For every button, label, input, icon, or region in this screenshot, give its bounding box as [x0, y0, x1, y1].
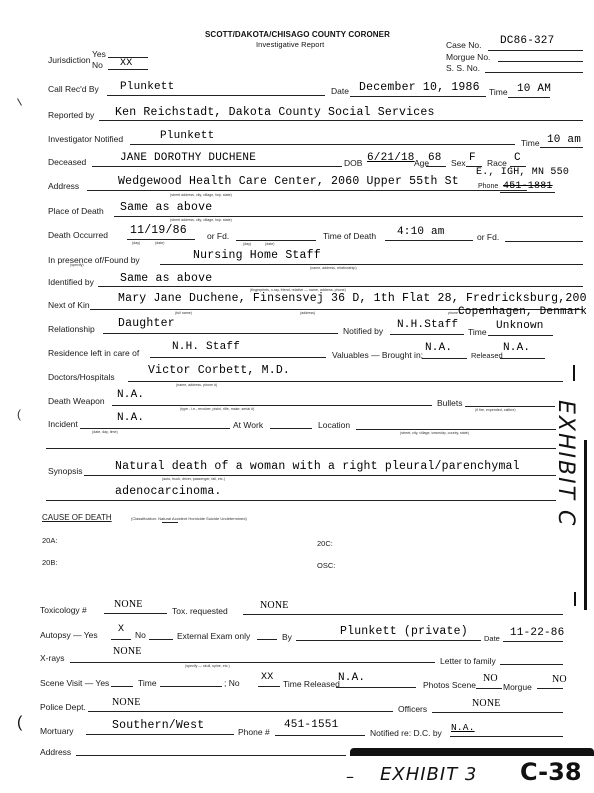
- photos-scene-label: Photos Scene: [423, 680, 476, 690]
- scene-visit-label: Scene Visit — Yes: [40, 678, 109, 688]
- place-of-death-value[interactable]: Same as above: [120, 201, 212, 214]
- photos-scene-value[interactable]: NO: [483, 673, 498, 684]
- incident-label: Incident: [48, 419, 78, 429]
- deceased-label: Deceased: [48, 157, 86, 167]
- call-date-label: Date: [331, 86, 349, 96]
- jurisdiction-no-label: No: [92, 60, 103, 70]
- scene-no-label: ; No: [224, 678, 240, 688]
- sex-label: Sex: [451, 158, 466, 168]
- time-released-label: Time Released: [283, 679, 340, 689]
- classification-caption: (Classification: Natural Accident Homici…: [131, 516, 247, 521]
- valuables-label: Valuables — Brought in;: [332, 350, 423, 360]
- identified-by-value[interactable]: Same as above: [120, 272, 212, 285]
- found-by-value[interactable]: Nursing Home Staff: [193, 249, 321, 262]
- notified-by-label: Notified by: [343, 326, 383, 336]
- address-phone-value[interactable]: 451-1881: [503, 181, 553, 192]
- dob-label: DOB: [344, 158, 362, 168]
- autopsy-by-value[interactable]: Plunkett (private): [340, 625, 468, 638]
- exhibit-bottom-annotation: EXHIBIT 3: [380, 764, 477, 785]
- bullets-caption: (if fire, expended, calibre): [475, 408, 516, 412]
- scene-time-label: Time: [138, 678, 157, 688]
- relationship-label: Relationship: [48, 324, 95, 334]
- tox-requested-label: Tox. requested: [172, 606, 228, 616]
- death-occurred-label: Death Occurred: [48, 230, 108, 240]
- notified-by-value[interactable]: N.H.Staff: [397, 319, 458, 331]
- notified-dc-value[interactable]: N.A.: [451, 722, 475, 733]
- officers-value[interactable]: NONE: [472, 698, 501, 709]
- synopsis-line1[interactable]: Natural death of a woman with a right pl…: [115, 460, 520, 473]
- dash-mark: –: [346, 767, 354, 786]
- doctors-label: Doctors/Hospitals: [48, 372, 115, 382]
- doctors-caption: (name, address, phone #): [176, 383, 217, 387]
- autopsy-date-value[interactable]: 11-22-86: [510, 627, 564, 639]
- scene-no-value[interactable]: XX: [261, 672, 273, 683]
- dob-value[interactable]: 6/21/18: [367, 152, 415, 164]
- photos-morgue-label: Morgue: [503, 682, 532, 692]
- notified-dc-label: Notified re: D.C. by: [370, 728, 442, 738]
- cause-20b-label: 20B:: [42, 558, 57, 567]
- report-title: SCOTT/DAKOTA/CHISAGO COUNTY CORONER: [205, 30, 390, 39]
- released-label: Released: [471, 351, 503, 360]
- mortuary-phone-label: Phone #: [238, 727, 270, 737]
- found-by-specify-caption: (specify): [70, 263, 84, 267]
- address-value[interactable]: Wedgewood Health Care Center, 2060 Upper…: [118, 175, 459, 188]
- found-by-label: In presence of/Found by: [48, 255, 140, 265]
- identified-by-label: Identified by: [48, 277, 94, 287]
- mortuary-value[interactable]: Southern/West: [112, 719, 204, 732]
- released-value[interactable]: N.A.: [503, 342, 530, 354]
- or-fd-label: or Fd.: [207, 231, 229, 241]
- police-dept-value[interactable]: NONE: [112, 697, 141, 708]
- next-of-kin-value-cont[interactable]: Copenhagen, Denmark: [458, 306, 587, 318]
- race-value[interactable]: C: [514, 152, 521, 164]
- autopsy-label: Autopsy — Yes: [40, 630, 98, 640]
- next-of-kin-value[interactable]: Mary Jane Duchene, Finsensvej 36 D, 1th …: [118, 292, 587, 305]
- synopsis-line2[interactable]: adenocarcinoma.: [115, 485, 222, 498]
- investigator-value[interactable]: Plunkett: [160, 130, 214, 142]
- location-caption: (street, city, village, township, county…: [400, 431, 469, 435]
- margin-mark: [17, 98, 22, 105]
- autopsy-by-label: By: [282, 632, 292, 642]
- place-of-death-label: Place of Death: [48, 206, 104, 216]
- mortuary-phone-value[interactable]: 451-1551: [284, 719, 338, 731]
- death-occurred-value[interactable]: 11/19/86: [130, 224, 187, 237]
- time-of-death-label: Time of Death: [323, 231, 376, 241]
- call-time-value[interactable]: 10 AM: [517, 83, 551, 95]
- reported-by-label: Reported by: [48, 110, 94, 120]
- xrays-caption: (specify — skull, spine, etc.): [185, 664, 230, 668]
- reported-by-value[interactable]: Ken Reichstadt, Dakota County Social Ser…: [115, 106, 435, 119]
- jurisdiction-label: Jurisdiction: [48, 55, 91, 65]
- investigator-time-label: Time: [521, 138, 540, 148]
- bullets-label: Bullets: [437, 398, 463, 408]
- margin-mark: (: [17, 407, 21, 421]
- toxicology-value[interactable]: NONE: [114, 599, 143, 610]
- xrays-label: X-rays: [40, 653, 65, 663]
- residence-label: Residence left in care of: [48, 348, 139, 358]
- synopsis-label: Synopsis: [48, 466, 83, 476]
- kin-name-caption: (full name): [175, 311, 192, 315]
- investigator-time-value[interactable]: 10 am: [547, 134, 581, 146]
- mortuary-label: Mortuary: [40, 726, 74, 736]
- call-received-label: Call Rec'd By: [48, 84, 99, 94]
- address-phone-label: Phone: [478, 183, 498, 190]
- police-dept-label: Police Dept.: [40, 702, 86, 712]
- call-date-value[interactable]: December 10, 1986: [359, 81, 480, 94]
- address-label: Address: [48, 181, 79, 191]
- jurisdiction-yes-label: Yes: [92, 49, 106, 59]
- letter-to-family-label: Letter to family: [440, 656, 496, 666]
- external-exam-label: External Exam only: [177, 631, 250, 641]
- photos-morgue-value[interactable]: NO: [552, 674, 567, 685]
- exhibit-side-annotation: EXHIBIT C: [553, 400, 578, 527]
- doctors-value[interactable]: Victor Corbett, M.D.: [148, 364, 290, 377]
- case-no-label: Case No.: [446, 40, 481, 50]
- valuables-value[interactable]: N.A.: [425, 342, 452, 354]
- relationship-time-label: Time: [468, 327, 487, 337]
- location-label: Location: [318, 420, 350, 430]
- time-of-death-value[interactable]: 4:10 am: [397, 226, 445, 238]
- autopsy-date-label: Date: [484, 634, 500, 643]
- death-day-caption: (day): [132, 241, 140, 245]
- case-no-value[interactable]: DC86-327: [500, 35, 554, 47]
- toxicology-label: Toxicology #: [40, 605, 87, 615]
- call-time-label: Time: [489, 87, 508, 97]
- tox-requested-value[interactable]: NONE: [260, 600, 289, 611]
- margin-mark: (: [17, 714, 22, 732]
- cause-osc-label: OSC:: [317, 561, 335, 570]
- officers-label: Officers: [398, 704, 427, 714]
- deceased-name[interactable]: JANE DOROTHY DUCHENE: [120, 152, 256, 164]
- address-caption: (street address, city, village, twp. sta…: [170, 193, 232, 197]
- next-of-kin-label: Next of Kin: [48, 300, 90, 310]
- report-subtitle: Investigative Report: [256, 40, 324, 49]
- autopsy-yes-value[interactable]: X: [118, 624, 124, 635]
- age-value[interactable]: 68: [428, 152, 442, 164]
- residence-value[interactable]: N.H. Staff: [172, 341, 240, 353]
- autopsy-no-label: No: [135, 630, 146, 640]
- death-weapon-value[interactable]: N.A.: [117, 389, 144, 401]
- cause-20a-label: 20A:: [42, 536, 57, 545]
- fd-date-caption: (date): [265, 242, 274, 246]
- death-weapon-label: Death Weapon: [48, 396, 105, 406]
- or-fd2-label: or Fd.: [477, 232, 499, 242]
- sex-value[interactable]: F: [469, 152, 476, 164]
- address-value-cont[interactable]: E., IGH, MN 550: [476, 167, 569, 178]
- fd-day-caption: (day): [243, 242, 251, 246]
- jurisdiction-no-value[interactable]: XX: [120, 58, 132, 69]
- kin-address-caption: (address): [300, 311, 315, 315]
- time-released-value[interactable]: N.A.: [338, 672, 365, 684]
- scan-mark: [574, 592, 576, 606]
- scan-edge-bar: [584, 440, 587, 610]
- death-weapon-caption: (type - i.e., revolver, pistol, rifle, m…: [180, 407, 254, 411]
- incident-caption: (date, day, time): [92, 430, 118, 434]
- ss-no-label: S. S. No.: [446, 63, 480, 73]
- investigator-label: Investigator Notified: [48, 134, 123, 144]
- death-date-caption: (date): [155, 241, 164, 245]
- cause-of-death-heading: CAUSE OF DEATH: [42, 513, 112, 522]
- at-work-label: At Work: [233, 420, 263, 430]
- footer-address-label: Address: [40, 747, 71, 757]
- xrays-value[interactable]: NONE: [113, 646, 142, 657]
- place-of-death-caption: (street address, city, village, twp. sta…: [170, 218, 232, 222]
- relationship-time-value[interactable]: Unknown: [496, 320, 544, 332]
- page-code-annotation: C-38: [520, 758, 582, 786]
- found-by-caption: (name, address, relationship): [310, 266, 357, 270]
- synopsis-caption: (auto, truck, driver, passenger, fall, e…: [162, 477, 225, 481]
- incident-value[interactable]: N.A.: [117, 412, 144, 424]
- relationship-value[interactable]: Daughter: [118, 317, 175, 330]
- cause-20c-label: 20C:: [317, 539, 333, 548]
- redaction-bar: [350, 748, 594, 756]
- scan-mark: [573, 365, 575, 381]
- morgue-no-label: Morgue No.: [446, 52, 490, 62]
- call-received-value[interactable]: Plunkett: [120, 81, 174, 93]
